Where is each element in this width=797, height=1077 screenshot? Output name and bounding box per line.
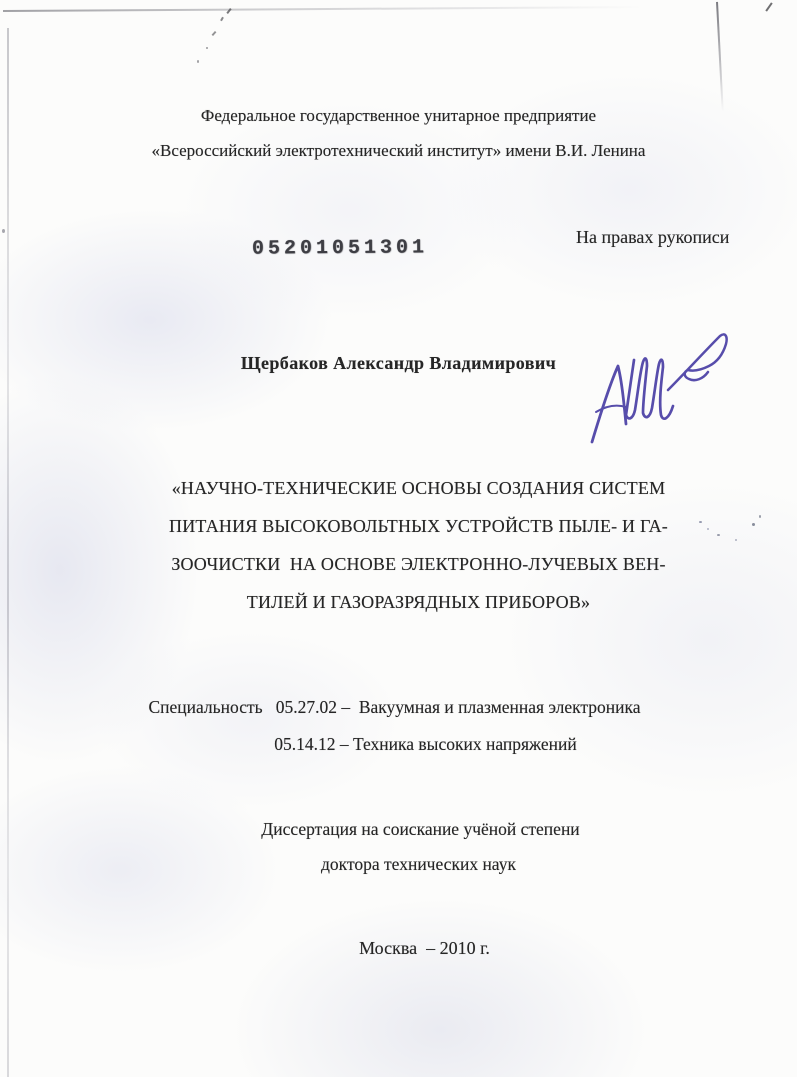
- pen-speck: [197, 60, 199, 63]
- scanned-page: Федеральное государственное унитарное пр…: [0, 0, 797, 1077]
- dissertation-title-line1: «НАУЧНО-ТЕХНИЧЕСКИЕ ОСНОВЫ СОЗДАНИЯ СИСТ…: [20, 478, 797, 499]
- registration-stamp-number: 05201051301: [252, 236, 428, 260]
- dissertation-title-line4: ТИЛЕЙ И ГАЗОРАЗРЯДНЫХ ПРИБОРОВ»: [20, 592, 797, 613]
- pen-speck: [206, 47, 208, 49]
- manuscript-rights-note: На правах рукописи: [576, 227, 729, 248]
- pencil-smudge: [735, 539, 737, 541]
- specialty-line2: 05.14.12 – Техника высоких напряжений: [27, 734, 797, 755]
- page-left-edge: [7, 28, 9, 1077]
- pen-speck: [212, 31, 217, 36]
- specialty-line1: Специальность 05.27.02 – Вакуумная и пла…: [0, 697, 793, 718]
- city-and-year: Москва – 2010 г.: [26, 938, 797, 959]
- degree-statement-line2: доктора технических наук: [20, 854, 797, 875]
- dissertation-title-line2: ПИТАНИЯ ВЫСОКОВОЛЬТНЫХ УСТРОЙСТВ ПЫЛЕ- И…: [20, 516, 797, 537]
- institution-name-line1: Федеральное государственное унитарное пр…: [0, 106, 797, 126]
- pen-speck: [220, 17, 224, 21]
- page-top-edge: [3, 6, 643, 11]
- edge-dot: [2, 229, 5, 233]
- page-right-edge: [716, 2, 723, 112]
- corner-mark: [765, 2, 772, 11]
- degree-statement-line1: Диссертация на соискание учёной степени: [22, 819, 797, 840]
- institution-name-line2: «Всероссийский электротехнический инстит…: [0, 141, 797, 161]
- signature-mark: [582, 326, 732, 451]
- dissertation-title-line3: ЗООЧИСТКИ НА ОСНОВЕ ЭЛЕКТРОННО-ЛУЧЕВЫХ В…: [20, 554, 797, 575]
